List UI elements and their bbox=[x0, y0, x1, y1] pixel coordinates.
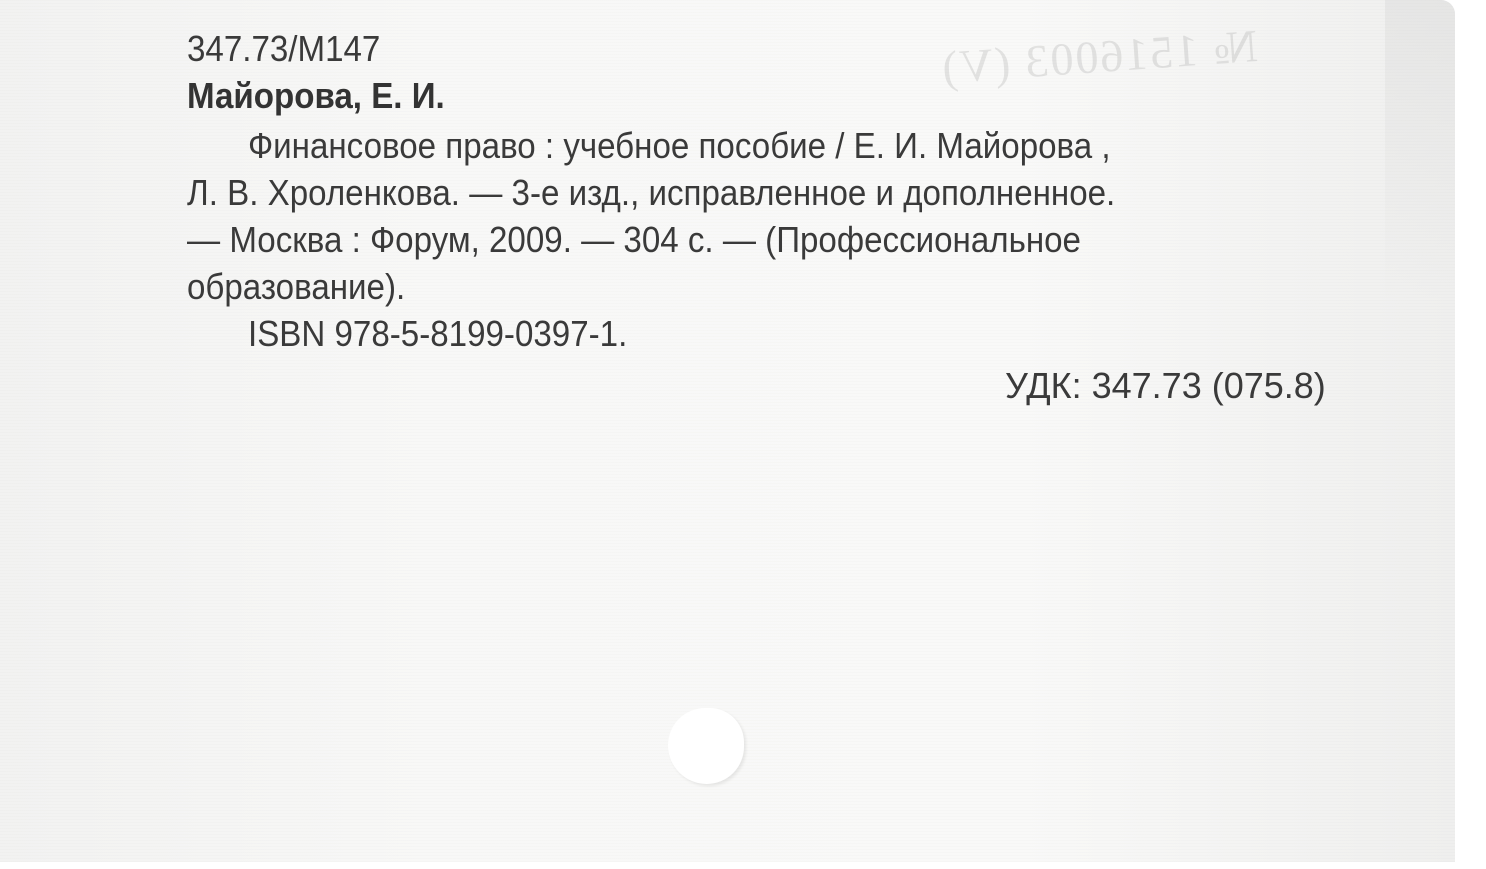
isbn: ISBN 978-5-8199-0397-1. bbox=[248, 310, 627, 357]
description-line: — Москва : Форум, 2009. — 304 с. — (Проф… bbox=[187, 216, 1081, 263]
call-number: 347.73/М147 bbox=[187, 25, 380, 72]
card-edge-shading bbox=[1385, 0, 1455, 300]
punch-hole bbox=[668, 708, 744, 784]
description-line: Финансовое право : учебное пособие / Е. … bbox=[248, 122, 1111, 169]
udk-classification: УДК: 347.73 (075.8) bbox=[1005, 362, 1326, 409]
author-heading: Майорова, Е. И. bbox=[187, 72, 445, 119]
catalog-card: № 1516003 (V) 347.73/М147 Майорова, Е. И… bbox=[0, 0, 1455, 862]
bleed-through-stamp: № 1516003 (V) bbox=[939, 19, 1260, 94]
description-line: Л. В. Хроленкова. — 3-е изд., исправленн… bbox=[187, 169, 1115, 216]
description-line: образование). bbox=[187, 263, 405, 310]
